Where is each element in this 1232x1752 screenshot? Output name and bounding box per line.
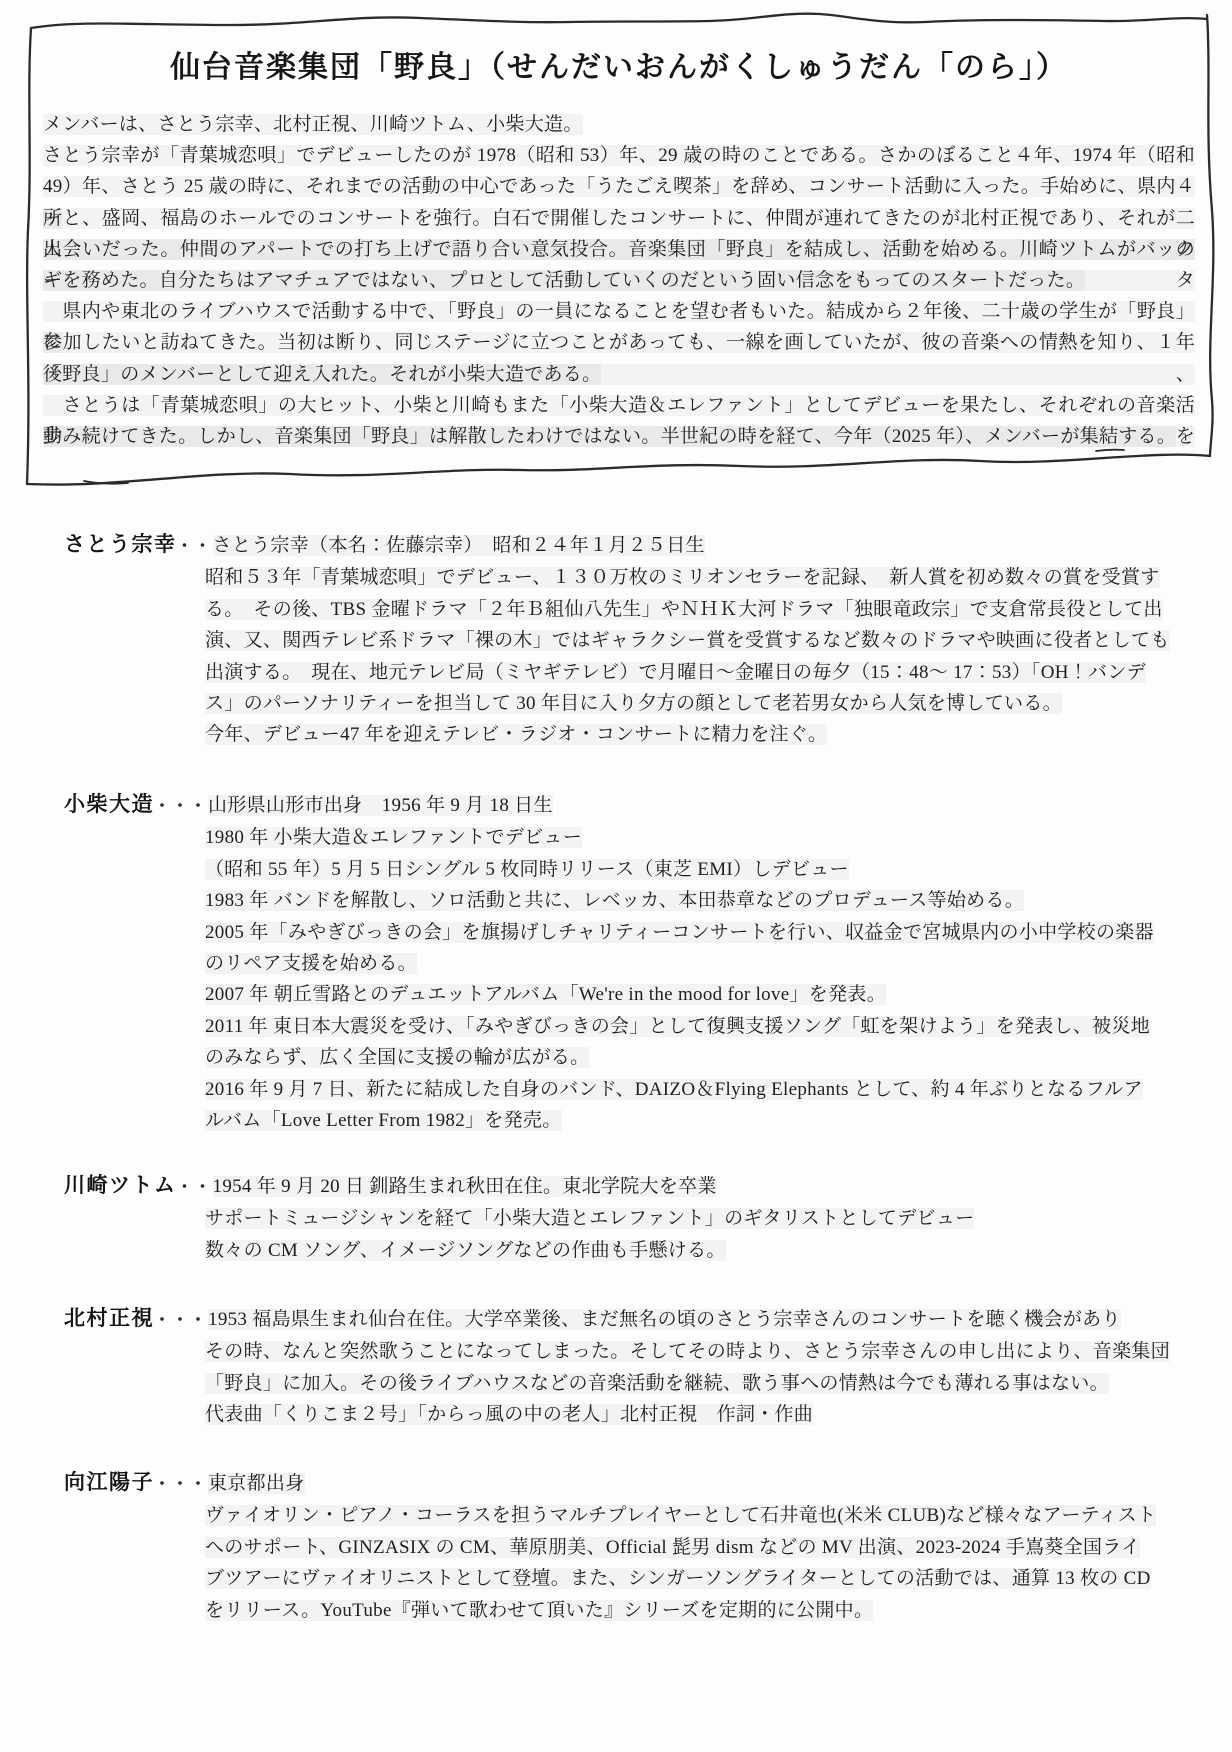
intro-line: 49）年、さとう 25 歳の時に、それまでの活動の中心であった「うたごえ喫茶」を… (43, 171, 1195, 202)
profile-line: 2007 年 朝丘雪路とのデュエットアルバム「We're in the mood… (205, 979, 1194, 1010)
profile-line: 代表曲「くりこま２号」「からっ風の中の老人」北村正視 作詞・作曲 (205, 1399, 1194, 1430)
profile-line: る。 その後、TBS 金曜ドラマ「２年Ｂ組仙八先生」やＮＨＫ大河ドラマ「独眼竜政… (205, 594, 1194, 625)
profile-section-kitamura-masami: 北村正視・・・1953 福島県生まれ仙台在住。大学卒業後、まだ無名の頃のさとう宗… (64, 1303, 1194, 1431)
leader-dots: ・・・ (154, 798, 208, 815)
leader-dots: ・・ (177, 538, 213, 555)
profile-first-line: 向江陽子・・・東京都出身 (64, 1467, 1194, 1500)
profile-section-koshiba-daizo: 小柴大造・・・山形県山形市出身 1956 年 9 月 18 日生 1980 年 … (64, 789, 1194, 1136)
intro-paragraph: メンバーは、さとう宗幸、北村正視、川崎ツトム、小柴大造。 さとう宗幸が「青葉城恋… (43, 109, 1195, 452)
intro-line: 参加したいと訪ねてきた。当初は断り、同じステージに立つことがあっても、一線を画し… (43, 327, 1195, 358)
profile-line: その時、なんと突然歌うことになってしまった。そしてその時より、さとう宗幸さんの申… (205, 1336, 1194, 1367)
intro-line: さとうは「青葉城恋唄」の大ヒット、小柴と川崎もまた「小柴大造＆エレファント」とし… (43, 390, 1195, 421)
profile-line: 出演する。 現在、地元テレビ局（ミヤギテレビ）で月曜日～金曜日の毎夕（15：48… (205, 657, 1194, 688)
intro-line: 所と、盛岡、福島のホールでのコンサートを強行。白石で開催したコンサートに、仲間が… (43, 203, 1195, 234)
intro-line: 歩み続けてきた。しかし、音楽集団「野良」は解散したわけではない。半世紀の時を経て… (43, 421, 1195, 452)
profile-line: 「野良」に加入。その後ライブハウスなどの音楽活動を継続、歌う事への情熱は今でも薄… (205, 1368, 1194, 1399)
profile-body: 昭和５３年「青葉城恋唄」でデビュー、１３０万枚のミリオンセラーを記録、 新人賞を… (205, 562, 1194, 750)
profile-line: （昭和 55 年）5 月 5 日シングル 5 枚同時リリース（東芝 EMI）しデ… (205, 854, 1194, 885)
leader-dots: ・・・ (154, 1476, 208, 1493)
profile-line: をリリース。YouTube『弾いて歌わせて頂いた』シリーズを定期的に公開中。 (205, 1595, 1194, 1626)
profile-line: のみならず、広く全国に支援の輪が広がる。 (205, 1042, 1194, 1073)
member-name: 北村正視 (64, 1307, 154, 1330)
profile-first-line: さとう宗幸・・さとう宗幸（本名：佐藤宗幸） 昭和２４年１月２５日生 (64, 529, 1194, 562)
intro-line: メンバーは、さとう宗幸、北村正視、川崎ツトム、小柴大造。 (43, 109, 1195, 140)
member-name: 向江陽子 (64, 1471, 154, 1494)
profile-section-kawasaki-tsutomu: 川崎ツトム・・1954 年 9 月 20 日 釧路生まれ秋田在住。東北学院大を卒… (64, 1170, 1194, 1266)
leader-dots: ・・・ (154, 1312, 208, 1329)
profile-line: 昭和５３年「青葉城恋唄」でデビュー、１３０万枚のミリオンセラーを記録、 新人賞を… (205, 562, 1194, 593)
profile-line: 今年、デビュー47 年を迎えテレビ・ラジオ・コンサートに精力を注ぐ。 (205, 719, 1194, 750)
profile-line: 2005 年「みやぎびっきの会」を旗揚げしチャリティーコンサートを行い、収益金で… (205, 917, 1194, 948)
profile-first-line: 小柴大造・・・山形県山形市出身 1956 年 9 月 18 日生 (64, 789, 1194, 822)
profile-section-sato-muneyuki: さとう宗幸・・さとう宗幸（本名：佐藤宗幸） 昭和２４年１月２５日生 昭和５３年「… (64, 529, 1194, 751)
profile-body: 1980 年 小柴大造＆エレファントでデビュー （昭和 55 年）5 月 5 日… (205, 822, 1194, 1136)
profile-line: 数々の CM ソング、イメージソングなどの作曲も手懸ける。 (205, 1235, 1194, 1266)
profile-body: サポートミュージシャンを経て「小柴大造とエレファント」のギタリストとしてデビュー… (205, 1203, 1194, 1266)
profile-line: 2016 年 9 月 7 日、新たに結成した自身のバンド、DAIZO＆Flyin… (205, 1074, 1194, 1105)
profile-line: のリペア支援を始める。 (205, 948, 1194, 979)
intro-line: さとう宗幸が「青葉城恋唄」でデビューしたのが 1978（昭和 53）年、29 歳… (43, 140, 1195, 171)
profile-line: サポートミュージシャンを経て「小柴大造とエレファント」のギタリストとしてデビュー (205, 1203, 1194, 1234)
profile-line: 演、又、関西テレビ系ドラマ「裸の木」ではギャラクシー賞を受賞するなど数々のドラマ… (205, 625, 1194, 656)
profile-first-line: 川崎ツトム・・1954 年 9 月 20 日 釧路生まれ秋田在住。東北学院大を卒… (64, 1170, 1194, 1203)
profile-section-mukae-yoko: 向江陽子・・・東京都出身 ヴァイオリン・ピアノ・コーラスを担うマルチプレイヤーと… (64, 1467, 1194, 1626)
profile-line: ス」のパーソナリティーを担当して 30 年目に入り夕方の顔として老若男女から人気… (205, 688, 1194, 719)
profile-body: ヴァイオリン・ピアノ・コーラスを担うマルチプレイヤーとして石井竜也(米米 CLU… (205, 1500, 1194, 1626)
profile-line: ブツアーにヴァイオリニストとして登壇。また、シンガーソングライターとしての活動で… (205, 1563, 1194, 1594)
intro-line: 出会いだった。仲間のアパートでの打ち上げで語り合い意気投合。音楽集団「野良」を結… (43, 234, 1195, 265)
intro-line: 県内や東北のライブハウスで活動する中で、「野良」の一員になることを望む者もいた。… (43, 296, 1195, 327)
profile-first-line: 北村正視・・・1953 福島県生まれ仙台在住。大学卒業後、まだ無名の頃のさとう宗… (64, 1303, 1194, 1336)
leader-dots: ・・ (177, 1179, 213, 1196)
member-name: 川崎ツトム (64, 1174, 177, 1197)
member-name: 小柴大造 (64, 793, 154, 816)
profile-line: 2011 年 東日本大震災を受け、「みやぎびっきの会」として復興支援ソング「虹を… (205, 1011, 1194, 1042)
member-name: さとう宗幸 (64, 533, 177, 556)
profile-line: へのサポート、GINZASIX の CM、華原朋美、Official 髭男 di… (205, 1532, 1194, 1563)
page-title: 仙台音楽集団「野良」（せんだいおんがくしゅうだん「のら」） (30, 42, 1208, 86)
profile-line: ヴァイオリン・ピアノ・コーラスを担うマルチプレイヤーとして石井竜也(米米 CLU… (205, 1500, 1194, 1531)
scanned-document-page: 仙台音楽集団「野良」（せんだいおんがくしゅうだん「のら」） メンバーは、さとう宗… (0, 0, 1232, 1752)
intro-line: ーを務めた。自分たちはアマチュアではない、プロとして活動していくのだという固い信… (43, 265, 1195, 296)
profile-line: ルバム「Love Letter From 1982」を発売。 (205, 1105, 1194, 1136)
profile-line: 1983 年 バンドを解散し、ソロ活動と共に、レベッカ、本田恭章などのプロデュー… (205, 885, 1194, 916)
profile-body: その時、なんと突然歌うことになってしまった。そしてその時より、さとう宗幸さんの申… (205, 1336, 1194, 1430)
profile-line: 1980 年 小柴大造＆エレファントでデビュー (205, 822, 1194, 853)
